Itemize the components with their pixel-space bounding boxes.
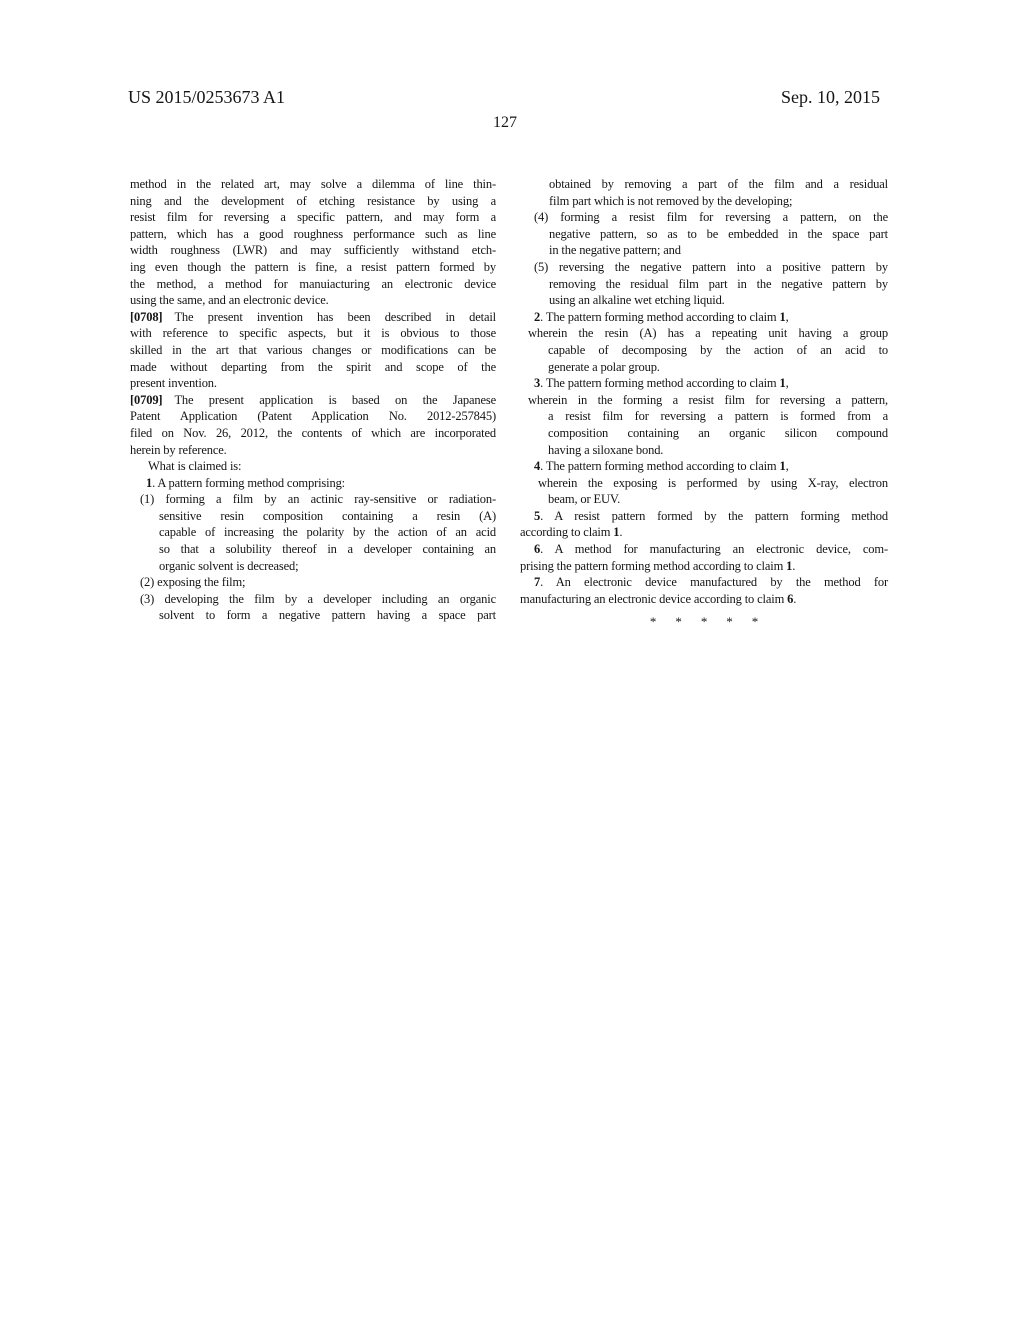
paragraph-number: [0708] bbox=[130, 310, 162, 324]
claim-step-2: (2) exposing the film; bbox=[130, 574, 496, 591]
text-segment: . A resist pattern formed by the pattern… bbox=[540, 509, 888, 523]
paragraph-0708: [0708]The present invention has been des… bbox=[130, 309, 496, 392]
text-line: (4) forming a resist film for reversing … bbox=[520, 209, 888, 226]
text-line: composition containing an organic silico… bbox=[520, 425, 888, 442]
text-segment: , bbox=[786, 459, 789, 473]
text-line: the method, a method for manuiacturing a… bbox=[130, 276, 496, 293]
text-segment: , bbox=[786, 310, 789, 324]
text-line: ing even though the pattern is fine, a r… bbox=[130, 259, 496, 276]
text-line: capable of increasing the polarity by th… bbox=[130, 524, 496, 541]
text-segment: . The pattern forming method according t… bbox=[540, 459, 779, 473]
text-line: pattern, which has a good roughness perf… bbox=[130, 226, 496, 243]
text-line: manufacturing an electronic device accor… bbox=[520, 591, 888, 608]
text-line: herein by reference. bbox=[130, 442, 496, 459]
text-line: in the negative pattern; and bbox=[520, 242, 888, 259]
right-column: obtained by removing a part of the film … bbox=[520, 176, 888, 631]
text-segment: . bbox=[792, 559, 795, 573]
text-segment: , bbox=[786, 376, 789, 390]
claim-step-3: (3) developing the film by a developer i… bbox=[130, 591, 496, 624]
text-segment: . A method for manufacturing an electron… bbox=[540, 542, 888, 556]
text-line: method in the related art, may solve a d… bbox=[130, 176, 496, 193]
text-segment: The present invention has been described… bbox=[174, 310, 496, 324]
text-line: organic solvent is decreased; bbox=[130, 558, 496, 575]
text-line: ning and the development of etching resi… bbox=[130, 193, 496, 210]
patent-header: US 2015/0253673 A1 Sep. 10, 2015 bbox=[128, 86, 880, 108]
claims-preamble: What is claimed is: bbox=[130, 458, 496, 475]
text-segment: . An electronic device manufactured by t… bbox=[540, 575, 888, 589]
text-line: (5) reversing the negative pattern into … bbox=[520, 259, 888, 276]
text-segment: . bbox=[619, 525, 622, 539]
text-line: obtained by removing a part of the film … bbox=[520, 176, 888, 193]
text-line: (1) forming a film by an actinic ray-sen… bbox=[130, 491, 496, 508]
text-segment: . The pattern forming method according t… bbox=[540, 376, 779, 390]
text-line: prising the pattern forming method accor… bbox=[520, 558, 888, 575]
text-segment: manufacturing an electronic device accor… bbox=[520, 592, 787, 606]
claim-step-4: (4) forming a resist film for reversing … bbox=[520, 209, 888, 259]
text-line: according to claim 1. bbox=[520, 524, 888, 541]
text-line: sensitive resin composition containing a… bbox=[130, 508, 496, 525]
text-line: resist film for reversing a specific pat… bbox=[130, 209, 496, 226]
claim-6: 6. A method for manufacturing an electro… bbox=[520, 541, 888, 574]
text-segment: The present application is based on the … bbox=[174, 393, 496, 407]
text-line: having a siloxane bond. bbox=[520, 442, 888, 459]
text-line: skilled in the art that various changes … bbox=[130, 342, 496, 359]
text-line: [0708]The present invention has been des… bbox=[130, 309, 496, 326]
text-segment: . A pattern forming method comprising: bbox=[152, 476, 345, 490]
claim-heading-line: 6. A method for manufacturing an electro… bbox=[520, 541, 888, 558]
claims-end-separator: * * * * * bbox=[520, 614, 888, 631]
text-segment: . bbox=[793, 592, 796, 606]
text-line: film part which is not removed by the de… bbox=[520, 193, 888, 210]
intro-paragraph: method in the related art, may solve a d… bbox=[130, 176, 496, 309]
text-line: (3) developing the film by a developer i… bbox=[130, 591, 496, 608]
text-segment: . The pattern forming method according t… bbox=[540, 310, 779, 324]
claim-4: 4. The pattern forming method according … bbox=[520, 458, 888, 508]
text-line: solvent to form a negative pattern havin… bbox=[130, 607, 496, 624]
text-line: filed on Nov. 26, 2012, the contents of … bbox=[130, 425, 496, 442]
paragraph-number: [0709] bbox=[130, 393, 162, 407]
text-line: with reference to specific aspects, but … bbox=[130, 325, 496, 342]
claim-step-1: (1) forming a film by an actinic ray-sen… bbox=[130, 491, 496, 574]
text-line: wherein the resin (A) has a repeating un… bbox=[520, 325, 888, 342]
text-line: so that a solubility thereof in a develo… bbox=[130, 541, 496, 558]
claim-step-3-continued: obtained by removing a part of the film … bbox=[520, 176, 888, 209]
text-segment: prising the pattern forming method accor… bbox=[520, 559, 786, 573]
text-line: wherein the exposing is performed by usi… bbox=[520, 475, 888, 492]
claim-1-heading: 1. A pattern forming method comprising: bbox=[130, 475, 496, 492]
patent-page: US 2015/0253673 A1 Sep. 10, 2015 127 met… bbox=[0, 0, 1024, 1320]
patent-number: US 2015/0253673 A1 bbox=[128, 86, 285, 108]
claim-heading-line: 3. The pattern forming method according … bbox=[520, 375, 888, 392]
claim-step-5: (5) reversing the negative pattern into … bbox=[520, 259, 888, 309]
text-line: a resist film for reversing a pattern is… bbox=[520, 408, 888, 425]
text-segment: according to claim bbox=[520, 525, 613, 539]
text-line: present invention. bbox=[130, 375, 496, 392]
text-line: using the same, and an electronic device… bbox=[130, 292, 496, 309]
text-line: removing the residual film part in the n… bbox=[520, 276, 888, 293]
text-line: wherein in the forming a resist film for… bbox=[520, 392, 888, 409]
claim-5: 5. A resist pattern formed by the patter… bbox=[520, 508, 888, 541]
paragraph-0709: [0709]The present application is based o… bbox=[130, 392, 496, 458]
claim-3: 3. The pattern forming method according … bbox=[520, 375, 888, 458]
claim-heading-line: 5. A resist pattern formed by the patter… bbox=[520, 508, 888, 525]
claim-2: 2. The pattern forming method according … bbox=[520, 309, 888, 375]
claim-heading-line: 7. An electronic device manufactured by … bbox=[520, 574, 888, 591]
text-line: beam, or EUV. bbox=[520, 491, 888, 508]
text-line: negative pattern, so as to be embedded i… bbox=[520, 226, 888, 243]
claim-heading-line: 2. The pattern forming method according … bbox=[520, 309, 888, 326]
page-number: 127 bbox=[130, 113, 880, 133]
text-line: Patent Application (Patent Application N… bbox=[130, 408, 496, 425]
claim-7: 7. An electronic device manufactured by … bbox=[520, 574, 888, 607]
text-line: capable of decomposing by the action of … bbox=[520, 342, 888, 359]
text-line: [0709]The present application is based o… bbox=[130, 392, 496, 409]
text-line: using an alkaline wet etching liquid. bbox=[520, 292, 888, 309]
publication-date: Sep. 10, 2015 bbox=[781, 86, 880, 108]
text-line: made without departing from the spirit a… bbox=[130, 359, 496, 376]
text-line: generate a polar group. bbox=[520, 359, 888, 376]
claim-heading-line: 4. The pattern forming method according … bbox=[520, 458, 888, 475]
left-column: method in the related art, may solve a d… bbox=[130, 176, 496, 624]
text-line: width roughness (LWR) and may sufficient… bbox=[130, 242, 496, 259]
